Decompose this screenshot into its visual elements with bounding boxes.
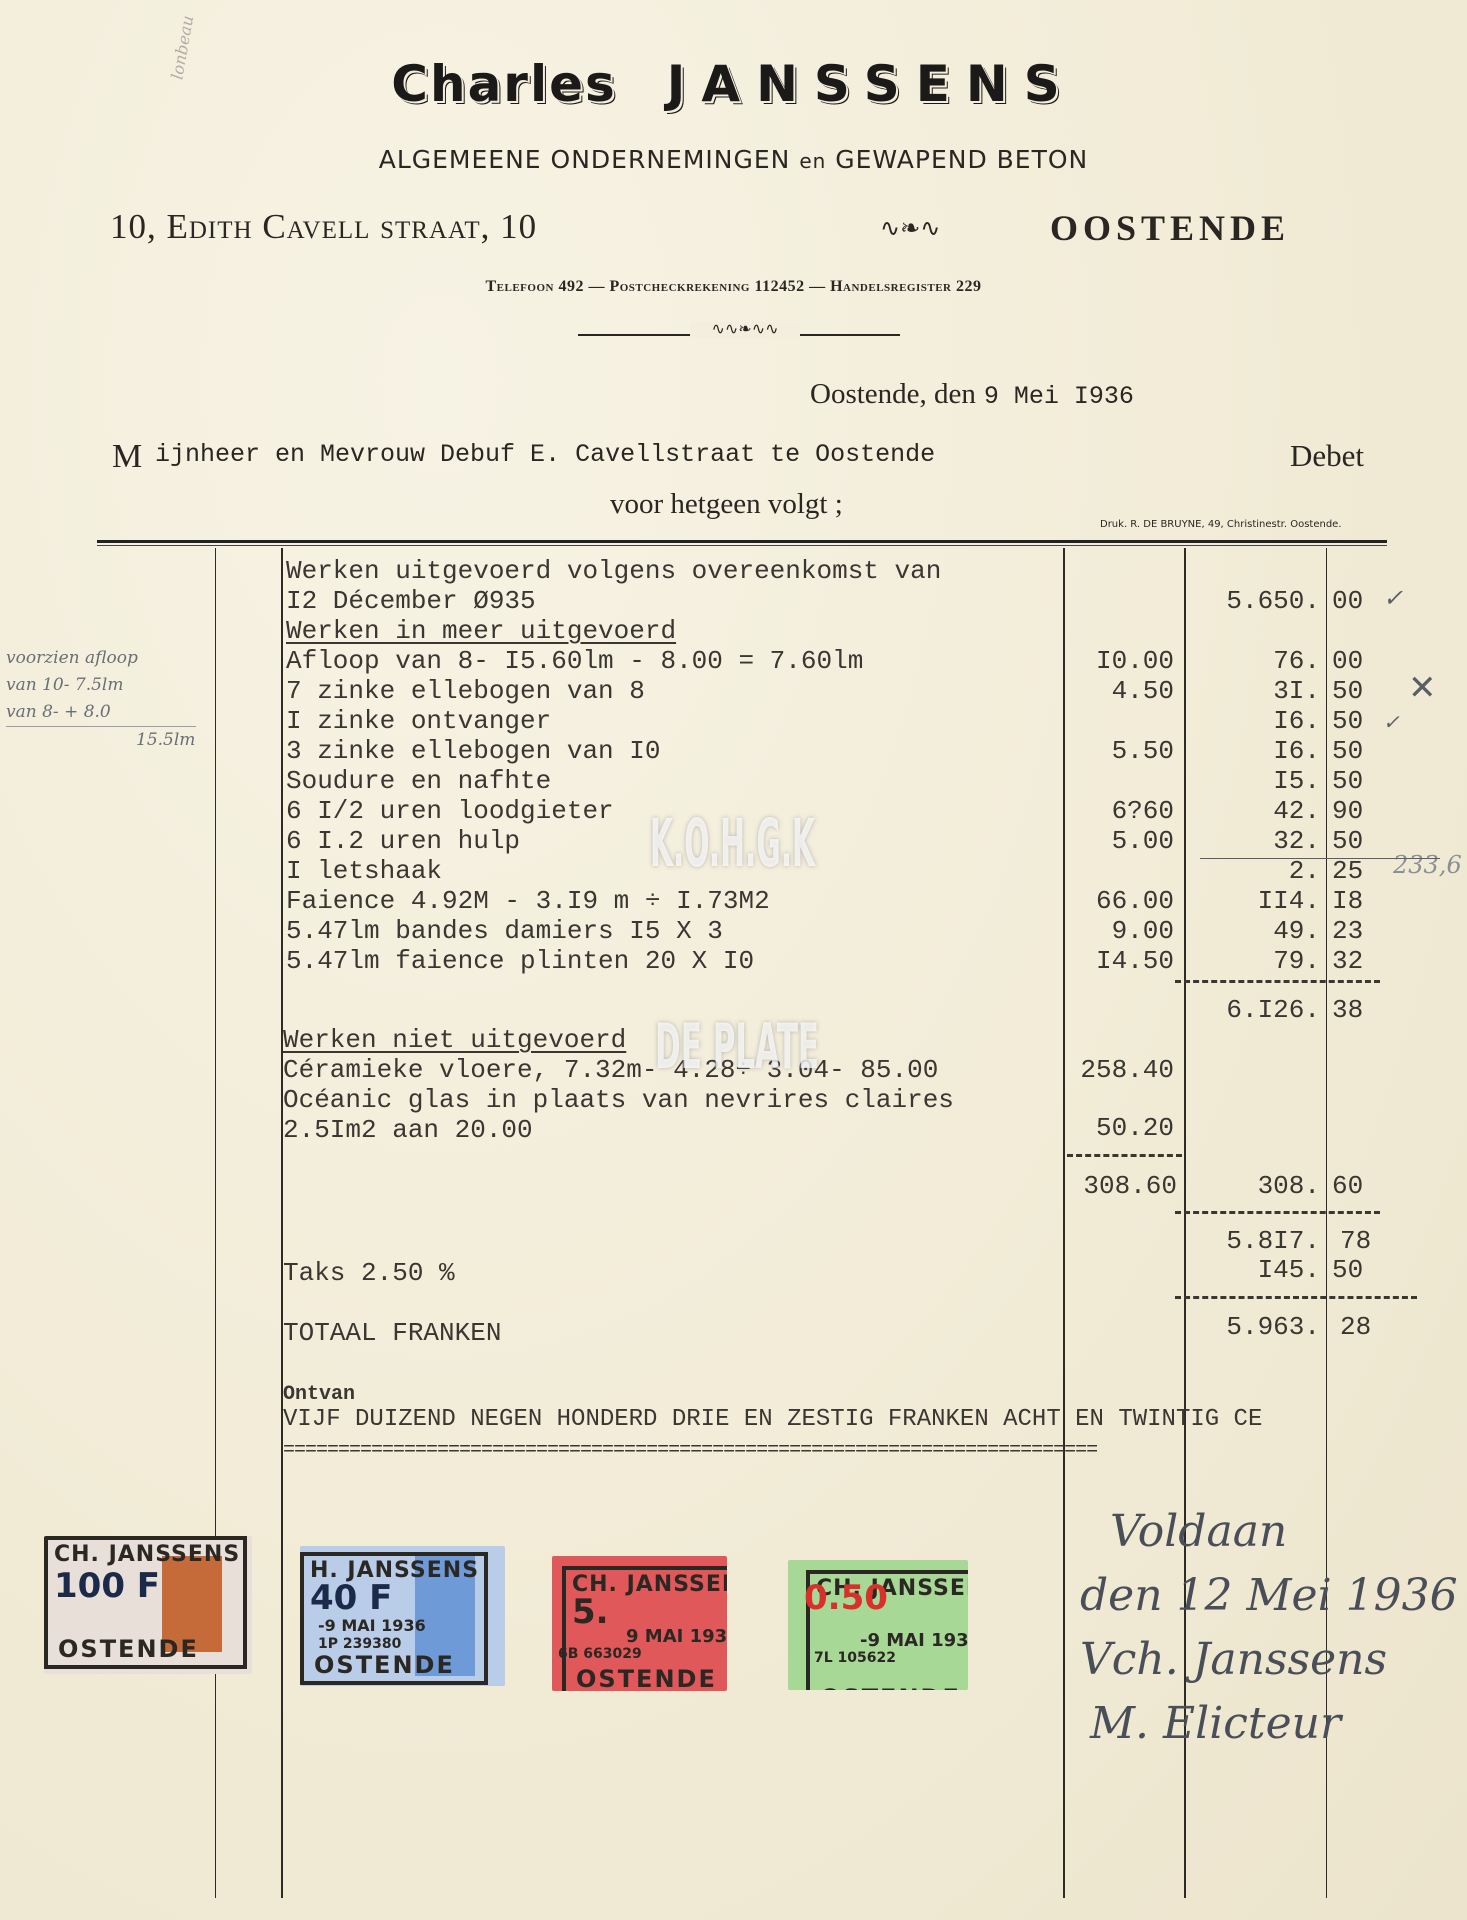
place-date-prefix: Oostende, den [810,378,976,410]
tax-amount: I45. [1190,1255,1320,1285]
revenue-stamp-5f: CH. JANSSENS 5. 9 MAI 1936 6B 663029 OST… [552,1556,727,1691]
amount-value: II4. [1190,886,1320,916]
revenue-stamp-40f: H. JANSSENS 40 F -9 MAI 1936 1P 239380 O… [300,1546,505,1686]
cross-icon: ✕ [1408,668,1437,708]
column-line-desc [281,548,283,1898]
line-item: 3 zinke ellebogen van I0 [286,736,941,766]
divider-ornament-icon: ∿∿❧∿∿ [690,322,800,338]
cancel-city: OSTENDE [58,1635,199,1663]
amount-in-words: VIJF DUIZEND NEGEN HONDERD DRIE EN ZESTI… [283,1405,1262,1435]
cancellation-mark: CH. JANSSENS 5. 9 MAI 1936 6B 663029 OST… [562,1566,727,1691]
not-done-rate-3: 50.20 [1062,1113,1174,1143]
salutation-initial: M [112,438,142,476]
not-done-section: Werken niet uitgevoerd Céramieke vloere,… [283,1025,954,1145]
business-description: ALGEMEENE ONDERNEMINGEN en GEWAPEND BETO… [0,145,1467,174]
intro-line: voor hetgeen volgt ; [610,488,843,521]
cancel-date: -9 MAI 1936 [318,1616,426,1635]
cents-value: 50 [1332,736,1392,766]
rate-value: I4.50 [1062,946,1174,976]
paid-date: den 12 Mei 1936 [1080,1564,1458,1628]
column-line-margin [215,548,216,1898]
margin-note-line: van 10- 7.5lm [6,672,196,699]
total-cents: 28 [1340,1312,1371,1342]
stamp-value: 100 F [54,1566,160,1606]
stamp-value: 0.50 [804,1578,888,1618]
amount-value: 76. [1190,646,1320,676]
tax-label: Taks 2.50 % [283,1258,455,1288]
margin-note-line: 15.5lm [6,726,196,754]
rate-value: 4.50 [1062,676,1174,706]
margin-note-line: van 8- + 8.0 [6,699,196,726]
amount-value: 42. [1190,796,1320,826]
cancel-serial: 6B 663029 [558,1646,642,1662]
line-item: 7 zinke ellebogen van 8 [286,676,941,706]
not-done-rate-1: 258.40 [1062,1055,1174,1085]
total-amount: 5.963. [1190,1312,1320,1342]
printer-credit: Druk. R. DE BRUYNE, 49, Christinestr. Oo… [1100,519,1342,530]
checkmark-icon: ✓ [1383,584,1403,612]
dashed-rule [1175,1211,1380,1214]
cancel-city: OSTENDE [820,1684,961,1690]
business-b: GEWAPEND BETON [835,145,1088,174]
city: OOSTENDE [1050,207,1290,249]
watermark-kohgk: K.O.H.G.K [650,805,815,882]
rate-value: 5.00 [1062,826,1174,856]
recipient: ijnheer en Mevrouw Debuf E. Cavellstraat… [155,440,935,469]
amount-value: 5.650. [1190,586,1320,616]
contact-line: Telefoon 492 — Postcheckrekening 112452 … [0,278,1467,296]
street-address: 10, Edith Cavell straat, 10 [110,207,537,247]
table-top-rule [97,540,1387,543]
stamp-value: 5. [572,1592,609,1632]
dashed-rule [1175,980,1380,983]
cancel-city: OSTENDE [314,1651,455,1679]
line-item: Werken uitgevoerd volgens overeenkomst v… [286,556,941,586]
not-done-total-amount: 308. [1190,1171,1320,1201]
first-name: Charles [391,55,617,113]
revenue-stamp-100f: CH. JANSSENS 100 F OSTENDE [44,1536,252,1674]
rate-value: 5.50 [1062,736,1174,766]
line-item: 6 I.2 uren hulp [286,826,941,856]
place-date: Oostende, den9 Mei I936 [810,378,1134,411]
company-name: CharlesJANSSENS [0,55,1467,113]
line-item: 2.5Im2 aan 20.00 [283,1115,954,1145]
total-label: TOTAAL FRANKEN [283,1318,501,1348]
subtotal-2-cents: 78 [1340,1226,1371,1256]
amount-value: 79. [1190,946,1320,976]
amount-value: I6. [1190,736,1320,766]
subtotal-1-cents: 38 [1332,995,1363,1025]
business-a: ALGEMEENE ONDERNEMINGEN [379,145,791,174]
invoice-lines: Werken uitgevoerd volgens overeenkomst v… [286,556,941,976]
not-done-total-rate: 308.60 [1065,1171,1177,1201]
cancel-serial: 1P 239380 [318,1636,401,1652]
cents-value: 00 [1332,646,1392,676]
invoice-date: 9 Mei I936 [984,382,1134,411]
signature-title: M. Elicteur [1090,1692,1458,1756]
double-rule: ========================================… [283,1436,1467,1466]
margin-note-line: voorzien afloop [6,645,196,672]
cancellation-mark: CH. JANSSENS 0.50 -9 MAI 1936 7L 105622 … [806,1570,968,1690]
section-heading: Werken in meer uitgevoerd [286,616,941,646]
line-item: Céramieke vloere, 7.32m- 4.28÷ 3.04- 85.… [283,1055,954,1085]
rate-value: 6?60 [1062,796,1174,826]
side-sum-note: 233,6 [1393,851,1462,879]
business-en: en [799,149,826,173]
line-item: Afloop van 8- I5.60lm - 8.00 = 7.60lm [286,646,941,676]
subtotal-1-amount: 6.I26. [1190,995,1320,1025]
line-item: 6 I/2 uren loodgieter [286,796,941,826]
line-item: I zinke ontvanger [286,706,941,736]
ornament-icon: ∿❧∿ [880,214,940,243]
cents-value: 23 [1332,916,1392,946]
rate-value: I0.00 [1062,646,1174,676]
debet-label: Debet [1290,438,1364,474]
paid-note: Voldaan [1100,1500,1458,1564]
pencil-rule [1200,858,1440,859]
line-item: 5.47lm faience plinten 20 X I0 [286,946,941,976]
amount-column: 5.650. 76. 3I. I6. I6. I5. 42. 32. 2. II… [1190,586,1320,976]
rate-value: 9.00 [1062,916,1174,946]
cancellation-mark: H. JANSSENS 40 F -9 MAI 1936 1P 239380 O… [300,1552,488,1685]
cents-value: I8 [1332,886,1392,916]
cents-value: 50 [1332,766,1392,796]
line-item: Océanic glas in plaats van nevrires clai… [283,1085,954,1115]
margin-note: voorzien afloop van 10- 7.5lm van 8- + 8… [6,645,196,754]
surname: JANSSENS [667,55,1076,113]
dashed-rule [1067,1154,1182,1157]
rate-value: 66.00 [1062,886,1174,916]
amount-value: 2. [1190,856,1320,886]
cents-column: 00 00 50 50 50 50 90 50 25 I8 23 32 [1332,586,1392,976]
tax-cents: 50 [1332,1255,1363,1285]
line-item: Soudure en nafhte [286,766,941,796]
signature-name: Vch. Janssens [1080,1628,1458,1692]
not-done-total-cents: 60 [1332,1171,1363,1201]
signature-block: Voldaan den 12 Mei 1936 Vch. Janssens M.… [1100,1500,1458,1756]
checkmark-icon: ✓ [1383,710,1400,734]
cancel-name: CH. JANSSENS [54,1542,240,1567]
cancel-date: -9 MAI 1936 [860,1630,968,1651]
cents-value: 90 [1332,796,1392,826]
cancel-city: OSTENDE [576,1665,717,1691]
stamp-value: 40 F [310,1578,392,1618]
line-item: 5.47lm bandes damiers I5 X 3 [286,916,941,946]
table-top-rule-thin [97,545,1387,546]
cents-value: 25 [1332,856,1392,886]
rate-column: I0.00 4.50 5.50 6?60 5.00 66.00 9.00 I4.… [1062,646,1174,976]
line-item: I2 Décember Ø935 [286,586,941,616]
section-heading: Werken niet uitgevoerd [283,1025,954,1055]
watermark-de-plate: DE PLATE [655,1010,819,1083]
amount-value: I6. [1190,706,1320,736]
cancel-date: 9 MAI 1936 [626,1626,727,1647]
amount-value: 49. [1190,916,1320,946]
line-item: Faience 4.92M - 3.I9 m ÷ I.73M2 [286,886,941,916]
cents-value: 50 [1332,826,1392,856]
amount-value: I5. [1190,766,1320,796]
cents-value: 32 [1332,946,1392,976]
amount-value: 3I. [1190,676,1320,706]
cents-value: 50 [1332,676,1392,706]
dashed-rule [1175,1296,1417,1299]
subtotal-2-amount: 5.8I7. [1190,1226,1320,1256]
cancellation-mark: CH. JANSSENS 100 F OSTENDE [44,1536,247,1669]
line-item: I letshaak [286,856,941,886]
cancel-serial: 7L 105622 [814,1650,896,1666]
revenue-stamp-050f: CH. JANSSENS 0.50 -9 MAI 1936 7L 105622 … [788,1560,968,1690]
amount-value: 32. [1190,826,1320,856]
